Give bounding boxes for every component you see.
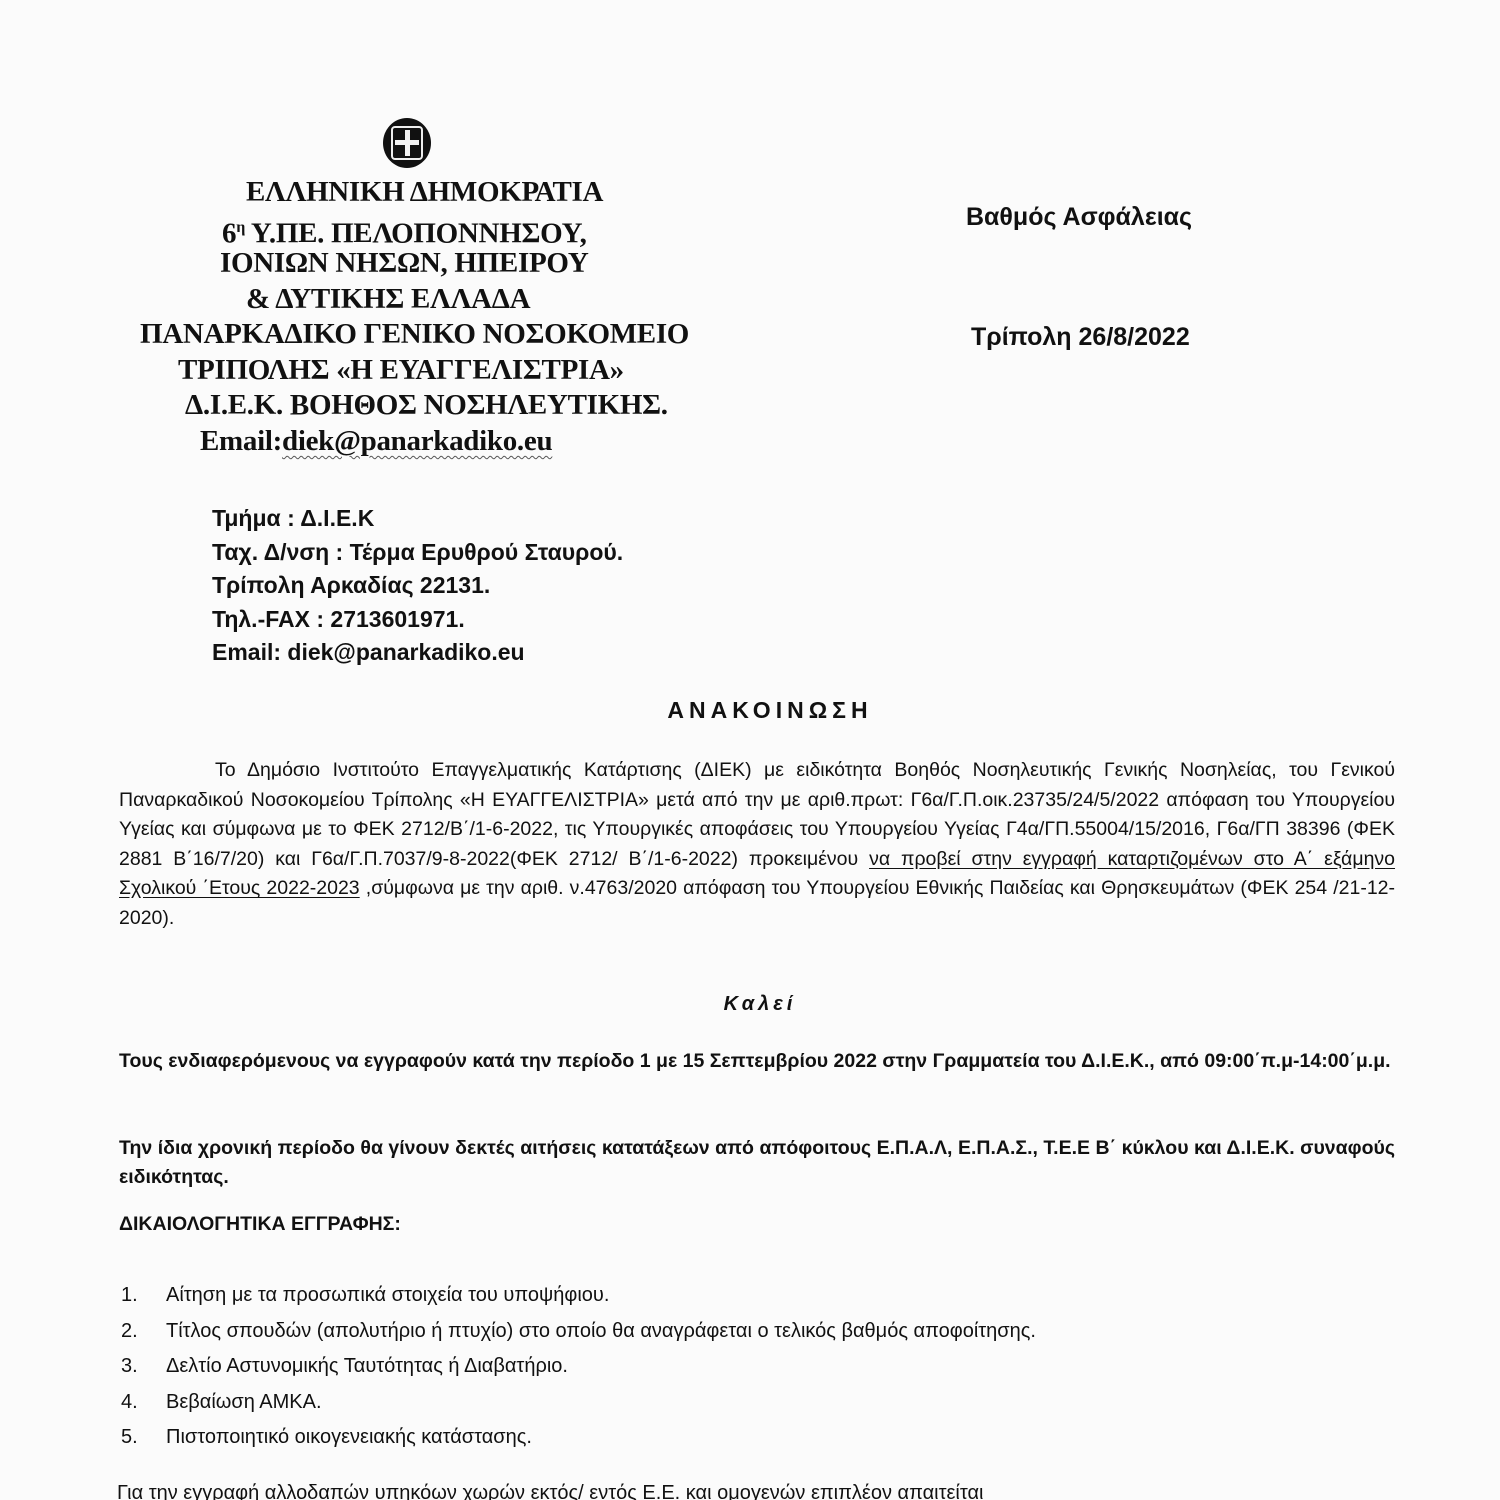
department-info: Τμήμα : Δ.Ι.Ε.Κ Ταχ. Δ/νση : Τέρμα Ερυθρ…	[212, 502, 623, 670]
header-line-region-3: & ΔΥΤΙΚΗΣ ΕΛΛΑΔΑ	[246, 281, 530, 317]
announcement-title: ΑΝΑΚΟΙΝΩΣΗ	[0, 697, 1500, 724]
list-item: 4.Βεβαίωση ΑΜΚΑ.	[121, 1385, 1036, 1421]
email-line: Email: diek@panarkadiko.eu	[212, 636, 623, 670]
place-date: Τρίπολη 26/8/2022	[971, 323, 1190, 352]
department-line: Τμήμα : Δ.Ι.Ε.Κ	[212, 502, 623, 536]
transfer-applications-text: Την ίδια χρονική περίοδο θα γίνουν δεκτέ…	[119, 1134, 1395, 1192]
address-line: Ταχ. Δ/νση : Τέρμα Ερυθρού Σταυρού.	[212, 536, 623, 570]
registration-period-text: Τους ενδιαφερόμενους να εγγραφούν κατά τ…	[119, 1047, 1395, 1076]
security-level: Βαθμός Ασφάλειας	[966, 203, 1192, 232]
header-email: Email:diek@panarkadiko.eu	[200, 423, 552, 459]
greek-coat-of-arms-icon	[383, 118, 431, 168]
documents-list: 1.Αίτηση με τα προσωπικά στοιχεία του υπ…	[121, 1278, 1036, 1456]
calls-heading: Καλεί	[0, 993, 1500, 1016]
header-line-hospital: ΠΑΝΑΡΚΑΔΙΚΟ ΓΕΝΙΚΟ ΝΟΣΟΚΟΜΕΙΟ	[140, 316, 689, 352]
header-line-republic: ΕΛΛΗΝΙΚΗ ΔΗΜΟΚΡΑΤΙΑ	[246, 174, 603, 210]
list-item: 1.Αίτηση με τα προσωπικά στοιχεία του υπ…	[121, 1278, 1036, 1314]
list-item: 3.Δελτίο Αστυνομικής Ταυτότητας ή Διαβατ…	[121, 1349, 1036, 1385]
header-line-region-2: ΙΟΝΙΩΝ ΝΗΣΩΝ, ΗΠΕΙΡΟΥ	[220, 245, 589, 281]
phone-fax-line: Τηλ.-FAX : 2713601971.	[212, 603, 623, 637]
foreign-applicants-text: Για την εγγραφή αλλοδαπών υπηκόων χωρών …	[117, 1482, 983, 1500]
list-item: 2.Τίτλος σπουδών (απολυτήριο ή πτυχίο) σ…	[121, 1314, 1036, 1350]
city-line: Τρίπολη Αρκαδίας 22131.	[212, 569, 623, 603]
header-email-link[interactable]: diek@panarkadiko.eu	[282, 425, 552, 457]
list-item: 5.Πιστοποιητικό οικογενειακής κατάστασης…	[121, 1420, 1036, 1456]
header-line-hospital-2: ΤΡΙΠΟΛΗΣ «Η ΕΥΑΓΓΕΛΙΣΤΡΙΑ»	[178, 352, 624, 388]
document-page: ΕΛΛΗΝΙΚΗ ΔΗΜΟΚΡΑΤΙΑ 6η Υ.ΠΕ. ΠΕΛΟΠΟΝΝΗΣΟ…	[0, 0, 1500, 1500]
intro-paragraph: Το Δημόσιο Ινστιτούτο Επαγγελματικής Κατ…	[119, 756, 1395, 933]
documents-heading: ΔΙΚΑΙΟΛΟΓΗΤΙΚΑ ΕΓΓΡΑΦΗΣ:	[119, 1213, 401, 1236]
header-line-diek: Δ.Ι.Ε.Κ. ΒΟΗΘΟΣ ΝΟΣΗΛΕΥΤΙΚΗΣ.	[185, 387, 668, 423]
